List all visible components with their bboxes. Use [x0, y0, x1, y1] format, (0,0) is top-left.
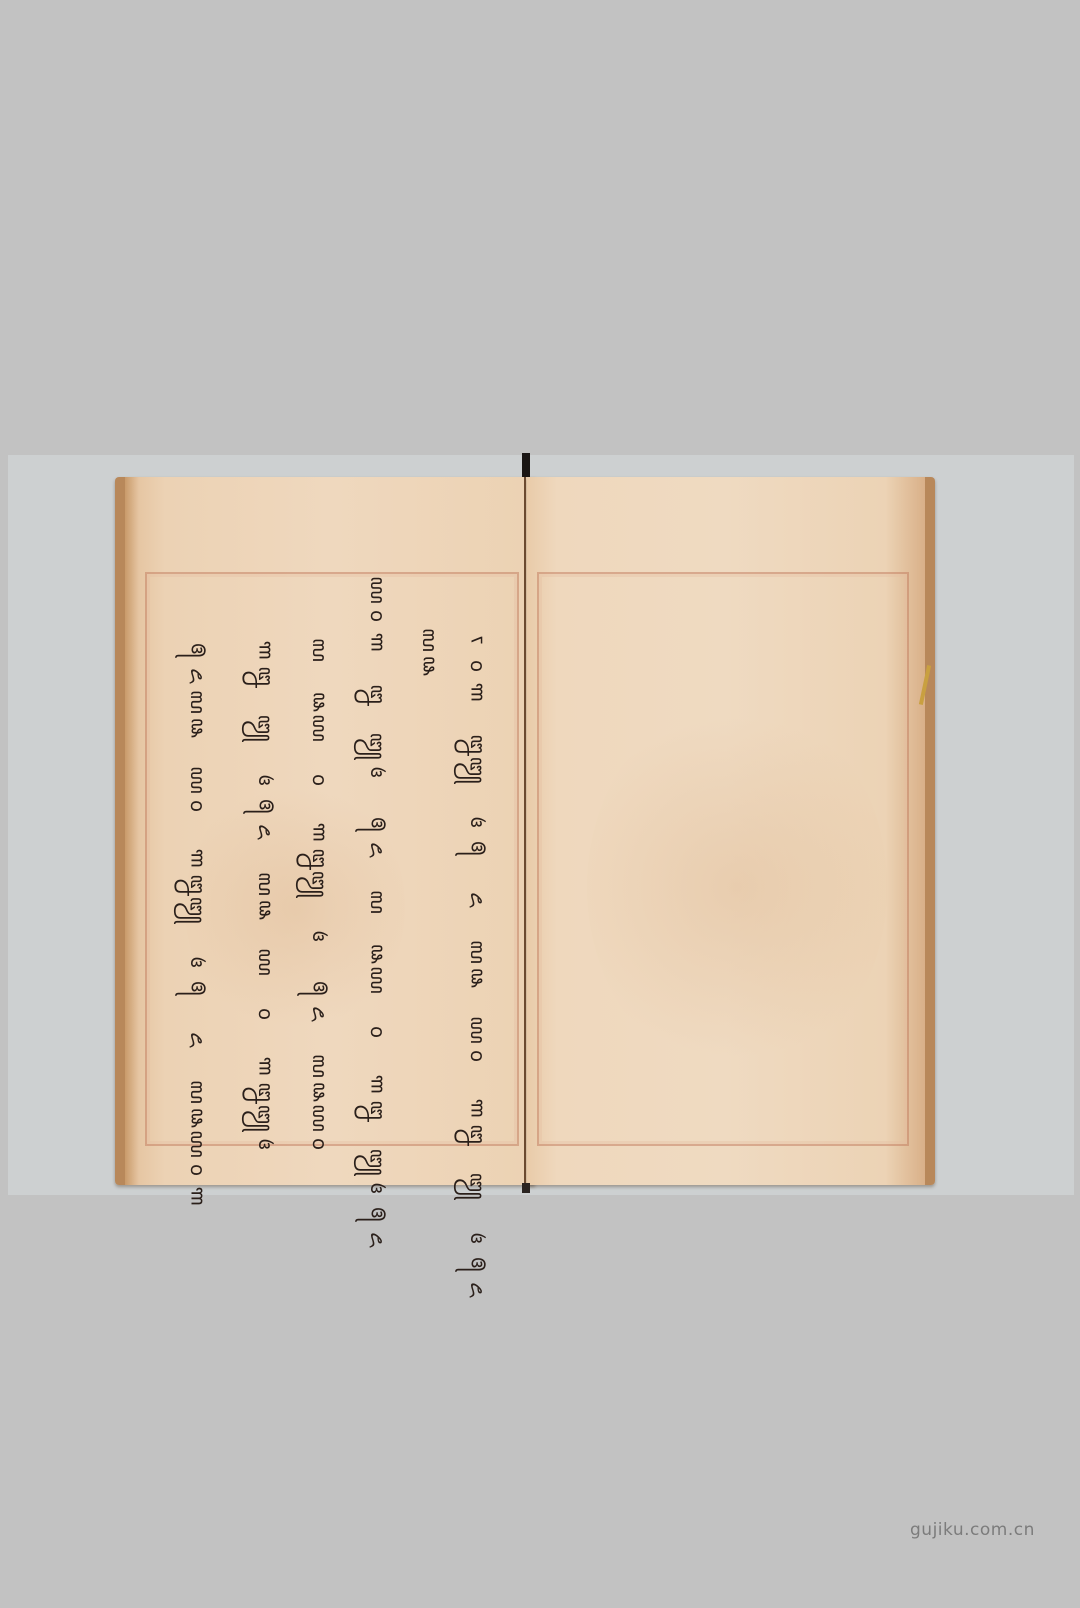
script-glyph: ꧑ — [365, 1075, 391, 1094]
script-glyph: ꧘ — [185, 718, 211, 739]
script-glyph: ꧑ — [253, 641, 279, 660]
script-glyph: ꧗ — [417, 628, 443, 652]
script-glyph — [307, 1037, 333, 1043]
script-glyph: ꧕ — [185, 643, 211, 658]
script-glyph — [365, 1003, 391, 1009]
script-glyph: ꧙ — [365, 966, 391, 994]
script-glyph: ꧔ — [465, 816, 491, 828]
script-glyph: ꧘ — [253, 900, 279, 921]
script-glyph: ꧔ — [253, 774, 279, 786]
script-glyph: ꧓ — [253, 1104, 279, 1131]
script-glyph — [365, 1055, 391, 1061]
script-glyph — [365, 717, 391, 723]
script-glyph — [465, 1209, 491, 1215]
script-column-6: ꧕꧖꧗꧘ ꧙꧐ ꧑꧒꧓ ꧔꧕ ꧖ ꧗꧘꧙꧐꧑ — [185, 637, 211, 1209]
script-glyph: ꧐ — [185, 800, 211, 812]
script-glyph: ꧒ — [465, 734, 491, 754]
script-glyph — [307, 959, 333, 965]
watermark: gujiku.com.cn — [910, 1520, 1035, 1540]
script-glyph: ꧘ — [307, 1082, 333, 1103]
script-glyph — [307, 751, 333, 757]
right-page-frame — [537, 572, 909, 1146]
script-glyph: ꧔ — [365, 766, 391, 778]
script-glyph: ꧖ — [465, 1282, 491, 1298]
script-glyph: ꧐ — [253, 1008, 279, 1020]
script-glyph — [307, 907, 333, 913]
script-glyph — [365, 665, 391, 671]
script-glyph: ꧙ — [185, 766, 211, 794]
script-glyph — [185, 751, 211, 757]
script-glyph — [253, 699, 279, 705]
script-glyph: ꧒ — [253, 666, 279, 686]
script-glyph — [365, 873, 391, 879]
script-glyph: ꧗ — [185, 690, 211, 714]
script-glyph: ꧕ — [307, 981, 333, 996]
open-book: ꧏ꧐꧑ ꧒꧓ ꧔꧕ ꧖ ꧗꧘ ꧙꧐ ꧑꧒ ꧓ ꧔꧕꧖ ꧗꧘ ꧙꧐꧑ ꧒ ꧓꧔ ꧕… — [115, 475, 937, 1187]
script-glyph — [365, 795, 391, 801]
script-glyph: ꧖ — [465, 892, 491, 908]
script-glyph: ꧙ — [253, 948, 279, 976]
script-glyph: ꧐ — [307, 1138, 333, 1150]
left-page: ꧏ꧐꧑ ꧒꧓ ꧔꧕ ꧖ ꧗꧘ ꧙꧐ ꧑꧒ ꧓ ꧔꧕꧖ ꧗꧘ ꧙꧐꧑ ꧒ ꧓꧔ ꧕… — [115, 477, 535, 1185]
script-glyph — [465, 715, 491, 721]
script-glyph: ꧗ — [253, 872, 279, 896]
script-glyph — [185, 933, 211, 939]
script-glyph: ꧙ — [307, 1104, 333, 1132]
script-glyph: ꧘ — [417, 656, 443, 677]
book-spine-bottom — [522, 1183, 530, 1193]
script-glyph: ꧒ — [253, 1082, 279, 1102]
script-column-5: ꧑꧒ ꧓ ꧔꧕꧖ ꧗꧘ ꧙ ꧐ ꧑꧒꧓꧔ — [253, 637, 279, 1157]
script-glyph: ꧕ — [365, 817, 391, 832]
script-glyph: ꧓ — [465, 756, 491, 783]
script-glyph: ꧔ — [253, 1138, 279, 1150]
script-glyph: ꧐ — [465, 1050, 491, 1062]
script-glyph — [465, 793, 491, 799]
script-glyph: ꧑ — [253, 1057, 279, 1076]
script-glyph: ꧔ — [307, 930, 333, 942]
script-glyph: ꧔ — [185, 956, 211, 968]
script-glyph: ꧖ — [185, 668, 211, 684]
script-glyph — [465, 923, 491, 929]
script-glyph: ꧓ — [307, 870, 333, 897]
book-gutter — [524, 477, 526, 1185]
script-glyph — [253, 985, 279, 991]
script-glyph: ꧓ — [253, 714, 279, 741]
script-glyph: ꧖ — [365, 842, 391, 858]
script-glyph — [253, 1037, 279, 1043]
script-column-2: ꧗꧘ — [417, 627, 443, 679]
script-glyph — [307, 803, 333, 809]
script-glyph: ꧘ — [185, 1108, 211, 1129]
script-glyph: ꧓ — [185, 896, 211, 923]
script-glyph — [465, 871, 491, 877]
script-glyph: ꧐ — [465, 660, 491, 672]
script-glyph: ꧖ — [253, 824, 279, 840]
script-glyph — [185, 1011, 211, 1017]
script-glyph: ꧘ — [307, 692, 333, 713]
script-glyph: ꧗ — [185, 1080, 211, 1104]
script-glyph: ꧐ — [365, 610, 391, 622]
script-glyph: ꧒ — [465, 1124, 491, 1144]
script-glyph: ꧖ — [365, 1232, 391, 1248]
script-glyph: ꧒ — [365, 1100, 391, 1120]
script-glyph: ꧖ — [307, 1006, 333, 1022]
script-column-1: ꧏ꧐꧑ ꧒꧓ ꧔꧕ ꧖ ꧗꧘ ꧙꧐ ꧑꧒ ꧓ ꧔꧕꧖ — [465, 627, 491, 1303]
script-glyph: ꧕ — [465, 841, 491, 856]
script-glyph: ꧏ — [465, 636, 491, 645]
script-glyph: ꧙ — [307, 714, 333, 742]
script-glyph: ꧕ — [185, 981, 211, 996]
script-glyph: ꧘ — [365, 944, 391, 965]
script-glyph — [185, 1063, 211, 1069]
script-column-4: ꧗ ꧘꧙ ꧐ ꧑꧒꧓ ꧔ ꧕꧖ ꧗꧘꧙꧐ — [307, 637, 333, 1157]
script-glyph: ꧐ — [307, 774, 333, 786]
script-glyph: ꧒ — [185, 874, 211, 894]
script-glyph — [465, 1079, 491, 1085]
script-glyph — [253, 933, 279, 939]
script-glyph: ꧐ — [185, 1164, 211, 1176]
script-glyph: ꧗ — [465, 940, 491, 964]
script-glyph: ꧙ — [465, 1016, 491, 1044]
script-glyph: ꧓ — [365, 732, 391, 759]
script-glyph: ꧑ — [465, 683, 491, 702]
right-page — [527, 477, 935, 1185]
script-glyph: ꧓ — [465, 1172, 491, 1199]
script-glyph: ꧕ — [465, 1257, 491, 1272]
script-glyph: ꧐ — [365, 1026, 391, 1038]
script-glyph: ꧓ — [365, 1148, 391, 1175]
script-glyph: ꧗ — [307, 1054, 333, 1078]
script-glyph: ꧔ — [465, 1232, 491, 1244]
script-glyph — [253, 751, 279, 757]
script-glyph: ꧖ — [185, 1032, 211, 1048]
script-glyph — [365, 1133, 391, 1139]
script-glyph: ꧘ — [465, 968, 491, 989]
script-glyph: ꧕ — [365, 1207, 391, 1222]
book-spine-top — [522, 453, 530, 477]
script-glyph: ꧒ — [365, 684, 391, 704]
script-glyph: ꧑ — [307, 823, 333, 842]
script-glyph: ꧑ — [465, 1099, 491, 1118]
script-glyph — [465, 1157, 491, 1163]
script-glyph — [465, 1001, 491, 1007]
script-glyph: ꧗ — [307, 638, 333, 662]
script-glyph: ꧙ — [365, 576, 391, 604]
script-glyph — [185, 829, 211, 835]
script-glyph — [253, 855, 279, 861]
script-glyph: ꧑ — [185, 1187, 211, 1206]
script-glyph: ꧔ — [365, 1182, 391, 1194]
script-glyph: ꧒ — [307, 848, 333, 868]
script-column-3: ꧙꧐꧑ ꧒ ꧓꧔ ꧕꧖ ꧗ ꧘꧙ ꧐ ꧑꧒ ꧓꧔꧕꧖ — [365, 577, 391, 1253]
script-glyph: ꧕ — [253, 799, 279, 814]
script-glyph: ꧑ — [185, 849, 211, 868]
script-glyph — [307, 673, 333, 679]
script-glyph — [365, 925, 391, 931]
script-glyph: ꧙ — [185, 1130, 211, 1158]
script-glyph: ꧗ — [365, 890, 391, 914]
script-glyph: ꧑ — [365, 633, 391, 652]
